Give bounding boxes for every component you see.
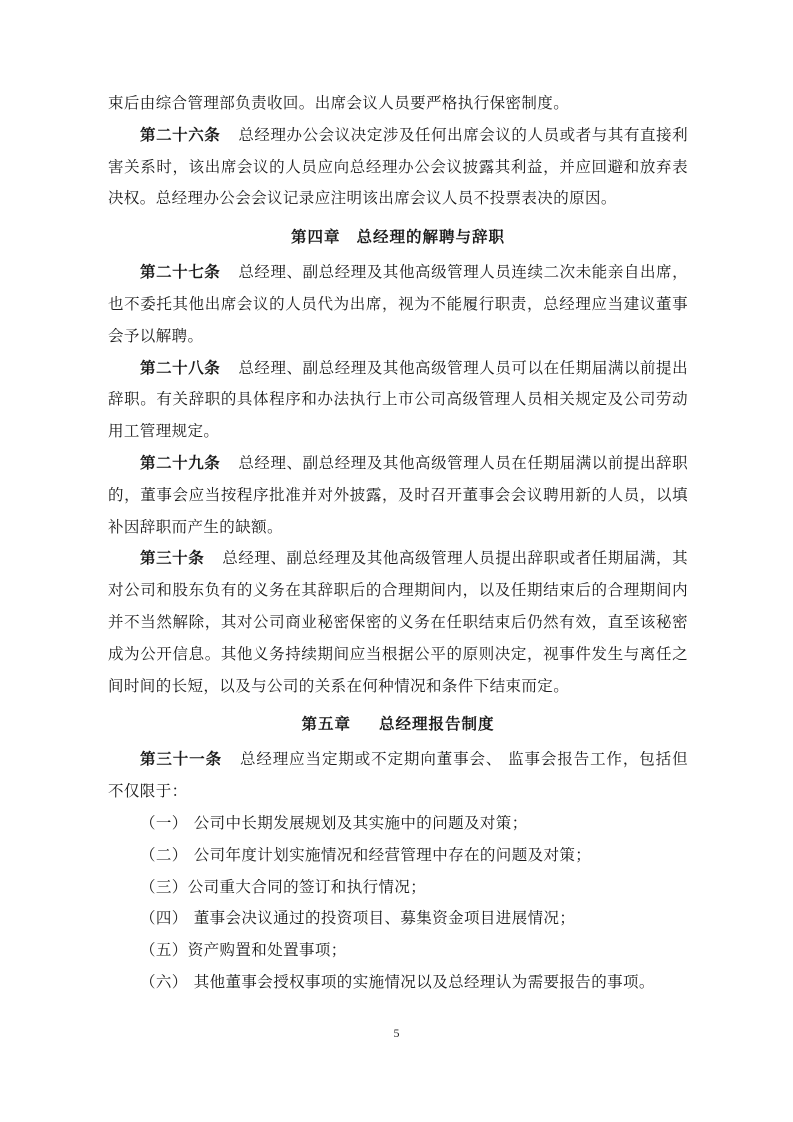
list-item: （一）公司中长期发展规划及其实施中的问题及对策；	[108, 808, 688, 840]
article-31: 第三十一条总经理应当定期或不定期向董事会、 监事会报告工作，包括但不仅限于：	[108, 744, 688, 808]
list-item-text: 公司中长期发展规划及其实施中的问题及对策；	[194, 814, 528, 832]
chapter-number: 第五章	[301, 715, 351, 733]
page-number: 5	[0, 1026, 793, 1041]
list-item-number: （五）	[140, 941, 188, 959]
article-30: 第三十条总经理、副总经理及其他高级管理人员提出辞职或者任期届满，其对公司和股东负…	[108, 543, 688, 702]
list-item: （三）公司重大合同的签订和执行情况；	[108, 872, 688, 904]
article-number: 第三十一条	[140, 750, 222, 768]
article-28: 第二十八条总经理、副总经理及其他高级管理人员可以在任期届满以前提出辞职。有关辞职…	[108, 353, 688, 448]
article-number: 第二十七条	[140, 263, 220, 281]
list-item-text: 其他董事会授权事项的实施情况以及总经理认为需要报告的事项。	[194, 973, 655, 991]
list-item-number: （四）	[140, 909, 188, 927]
chapter-title: 总经理的解聘与辞职	[357, 228, 506, 246]
list-item: （四）董事会决议通过的投资项目、募集资金项目进展情况；	[108, 903, 688, 935]
list-item-text: 董事会决议通过的投资项目、募集资金项目进展情况；	[194, 909, 576, 927]
list-item-number: （二）	[140, 846, 188, 864]
document-page: 束后由综合管理部负责收回。出席会议人员要严格执行保密制度。 第二十六条总经理办公…	[108, 88, 688, 999]
list-item-number: （一）	[140, 814, 188, 832]
chapter-heading-4: 第四章总经理的解聘与辞职	[108, 221, 688, 253]
article-number: 第二十九条	[140, 454, 220, 472]
chapter-number: 第四章	[291, 228, 341, 246]
list-item-text: 公司年度计划实施情况和经营管理中存在的问题及对策；	[194, 846, 592, 864]
paragraph-text: 总经理、副总经理及其他高级管理人员提出辞职或者任期届满，其对公司和股东负有的义务…	[108, 549, 688, 694]
article-26: 第二十六条总经理办公会议决定涉及任何出席会议的人员或者与其有直接利害关系时，该出…	[108, 120, 688, 215]
paragraph-continuation: 束后由综合管理部负责收回。出席会议人员要严格执行保密制度。	[108, 88, 688, 120]
article-number: 第二十八条	[140, 359, 220, 377]
list-item-text: 公司重大合同的签订和执行情况；	[188, 878, 427, 896]
chapter-title: 总经理报告制度	[379, 715, 495, 733]
list-item: （二）公司年度计划实施情况和经营管理中存在的问题及对策；	[108, 840, 688, 872]
article-27: 第二十七条总经理、副总经理及其他高级管理人员连续二次未能亲自出席，也不委托其他出…	[108, 257, 688, 352]
article-number: 第二十六条	[140, 126, 220, 144]
list-item-number: （六）	[140, 973, 188, 991]
list-item: （六）其他董事会授权事项的实施情况以及总经理认为需要报告的事项。	[108, 967, 688, 999]
report-items-list: （一）公司中长期发展规划及其实施中的问题及对策； （二）公司年度计划实施情况和经…	[108, 808, 688, 999]
list-item-number: （三）	[140, 878, 188, 896]
paragraph-text: 束后由综合管理部负责收回。出席会议人员要严格执行保密制度。	[108, 94, 569, 112]
article-29: 第二十九条总经理、副总经理及其他高级管理人员在任期届满以前提出辞职的，董事会应当…	[108, 448, 688, 543]
chapter-heading-5: 第五章总经理报告制度	[108, 708, 688, 740]
article-number: 第三十条	[140, 549, 204, 567]
list-item-text: 资产购置和处置事项；	[188, 941, 347, 959]
list-item: （五）资产购置和处置事项；	[108, 935, 688, 967]
